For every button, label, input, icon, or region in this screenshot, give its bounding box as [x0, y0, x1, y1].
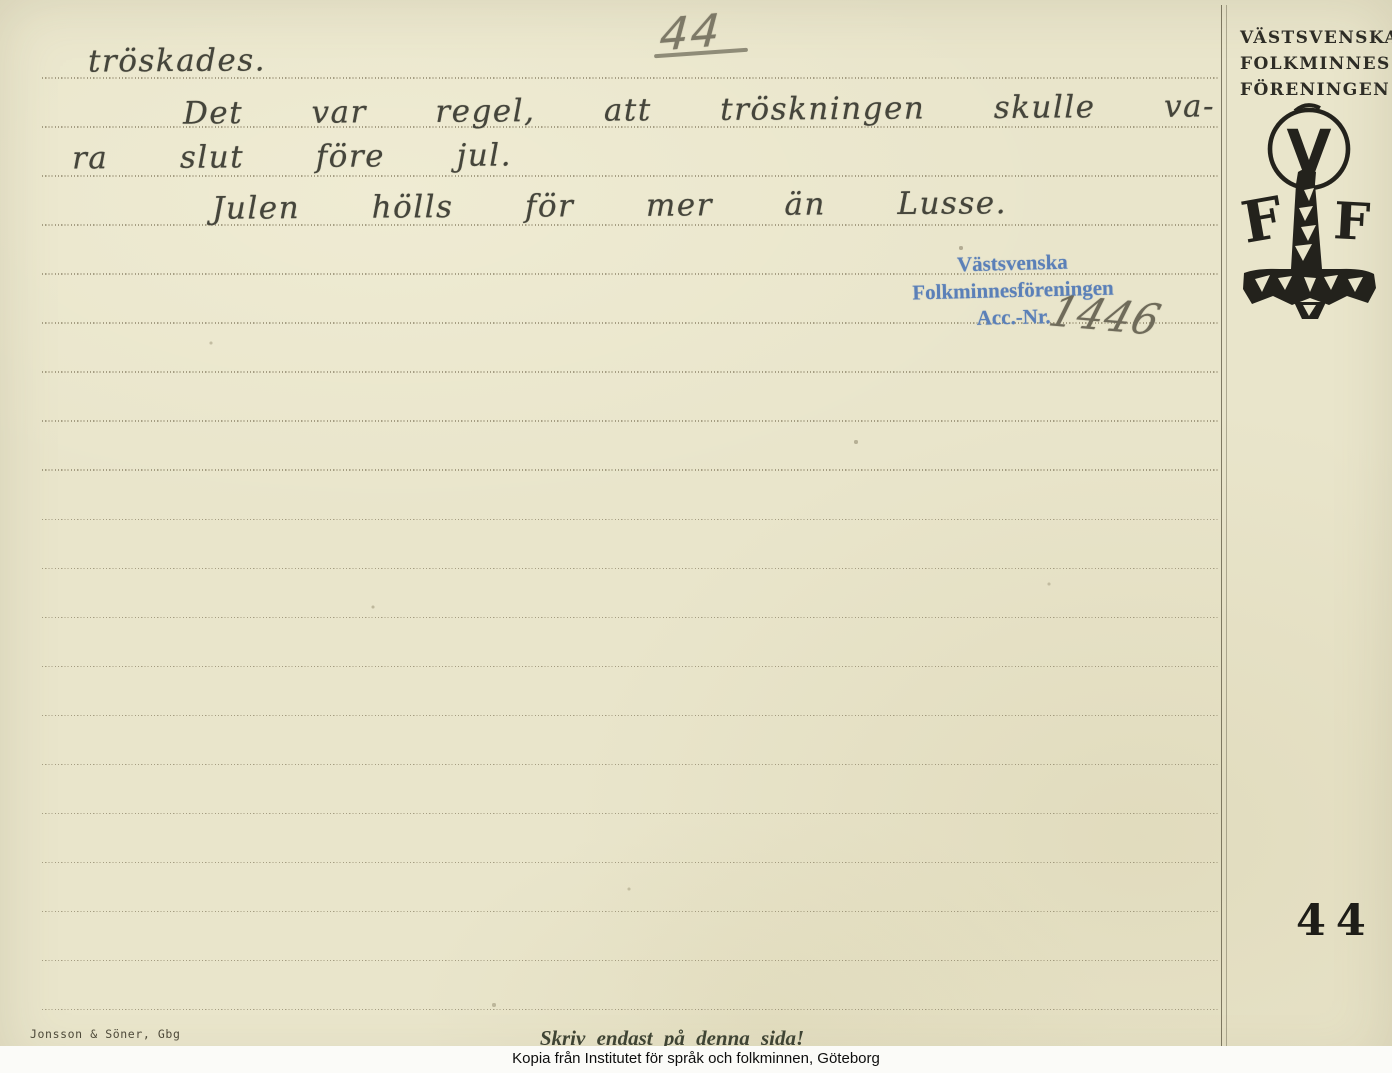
vff-thors-hammer-logo-icon: V F F	[1235, 100, 1385, 330]
ruled-line	[42, 960, 1218, 962]
ruled-line	[42, 469, 1218, 471]
ruled-line	[42, 371, 1218, 373]
printed-page-number: 44	[1296, 896, 1376, 946]
logo-letter-f-left: F	[1237, 184, 1288, 257]
logo-letter-f-right: F	[1332, 191, 1371, 253]
ruled-line	[42, 617, 1218, 619]
ruled-line	[42, 519, 1218, 521]
copy-notice: Kopia från Institutet för språk och folk…	[0, 1046, 1392, 1072]
ruled-line	[42, 764, 1218, 766]
accession-number-handwritten: 1446	[1044, 286, 1167, 344]
printer-credit: Jonsson & Söner, Gbg	[30, 1027, 180, 1041]
ruled-line	[42, 911, 1218, 913]
organization-name-line-2: FOLKMINNES-	[1240, 51, 1388, 77]
organization-name-line-1: VÄSTSVENSKA	[1240, 25, 1388, 51]
handwriting-line-1: tröskades.	[88, 42, 266, 79]
handwriting-line-4: Julen hölls för mer än Lusse.	[212, 185, 1007, 227]
paper-specks	[0, 0, 2, 2]
ruled-line	[42, 715, 1218, 717]
handwriting-line-2: Det var regel, att tröskningen skulle va…	[183, 88, 1215, 131]
ruled-line	[42, 420, 1218, 422]
ruled-line	[42, 568, 1218, 570]
scanned-archive-page: 44 tröskades. Det var regel, att tröskni…	[0, 0, 1392, 1073]
ruled-line	[42, 666, 1218, 668]
copy-notice-strip: Kopia från Institutet för språk och folk…	[0, 1046, 1392, 1073]
ruled-line	[42, 862, 1218, 864]
ruled-line	[42, 1009, 1218, 1011]
handwriting-line-3: ra slut före jul.	[72, 137, 512, 176]
margin-vertical-rule	[1221, 5, 1227, 1071]
organization-name: VÄSTSVENSKA FOLKMINNES- FÖRENINGEN	[1240, 25, 1388, 103]
ruled-line	[42, 813, 1218, 815]
